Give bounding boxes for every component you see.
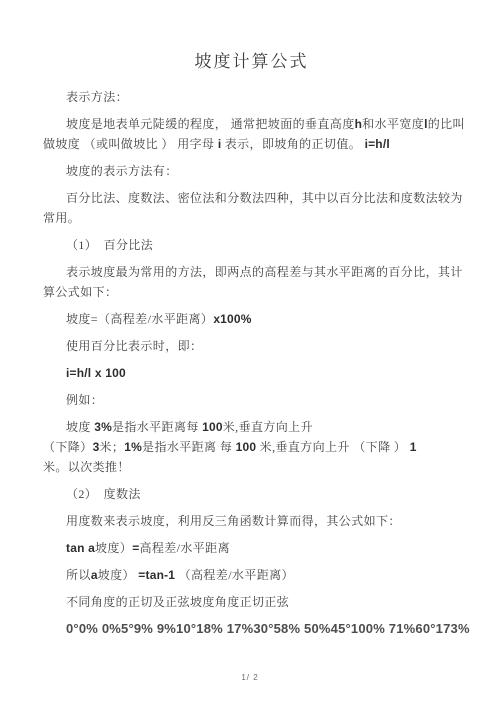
doc-line: 坡度 3%是指水平距离每 100米,垂直方向上升 <box>43 417 460 437</box>
formula-run: i=h/l x 100 <box>66 366 126 380</box>
text-run: 例如： <box>66 393 103 407</box>
document-content: 坡度计算公式 表示方法： 坡度是地表单元陡缓的程度， 通常把坡面的垂直高度h和水… <box>0 0 500 639</box>
text-run: 使用百分比表示时，即： <box>66 339 202 353</box>
doc-line: 例如： <box>43 390 460 410</box>
document-page: 坡度计算公式 表示方法： 坡度是地表单元陡缓的程度， 通常把坡面的垂直高度h和水… <box>0 0 500 708</box>
text-run: 算公式如下： <box>43 285 117 299</box>
doc-line: 坡度的表示方法有： <box>43 161 460 181</box>
text-run: 是指水平距离每 <box>112 420 202 434</box>
formula-run: h <box>355 117 363 131</box>
text-run: 做坡度 （或叫做坡比 ） 用字母 <box>43 137 218 151</box>
doc-line: 做坡度 （或叫做坡比 ） 用字母 i 表示，即坡角的正切值。 i=h/l <box>43 134 460 154</box>
doc-line: 使用百分比表示时，即： <box>43 336 460 356</box>
formula-run: a <box>91 568 98 582</box>
doc-line section-heading: （1） 百分比法 <box>43 235 460 255</box>
doc-line: 坡度是地表单元陡缓的程度， 通常把坡面的垂直高度h和水平宽度l的比叫 <box>43 114 460 134</box>
text-run: （高程差/水平距离） <box>175 568 294 582</box>
text-run: 米； <box>99 440 124 454</box>
text-run: 坡度是地表单元陡缓的程度， 通常把坡面的垂直高度 <box>66 117 355 131</box>
doc-line: （下降）3米；1%是指水平距离 每 100 米,垂直方向上升 （下降 ） 1 <box>43 437 460 457</box>
text-run: 坡度的表示方法有： <box>66 164 178 178</box>
text-run: 坡度） <box>98 568 139 582</box>
text-run: 不同角度的正切及正弦坡度角度正切正弦 <box>66 595 289 609</box>
text-run: 是指水平距离 每 <box>142 440 236 454</box>
doc-line: i=h/l x 100 <box>43 363 460 383</box>
doc-line: 表示方法： <box>43 87 460 107</box>
formula-run: =tan-1 <box>138 568 175 582</box>
doc-line: 常用。 <box>43 208 460 228</box>
doc-line section-heading: （2） 度数法 <box>43 484 460 504</box>
formula-run: 100 <box>236 440 257 454</box>
text-run: 坡度=（高程差/水平距离） <box>66 312 213 326</box>
formula-run: 1 <box>410 440 417 454</box>
doc-line angle-table-line: 0°0% 0%5°9% 9%10°18% 17%30°58% 50%45°100… <box>43 619 460 639</box>
page-title: 坡度计算公式 <box>43 51 460 72</box>
formula-run: tan a <box>66 541 95 555</box>
text-run: 用度数来表示坡度，利用反三角函数计算而得，其公式如下： <box>66 514 401 528</box>
doc-line: 米。以次类推！ <box>43 457 460 477</box>
page-number: 1/ 2 <box>0 673 500 682</box>
formula-run: 3% <box>94 420 112 434</box>
text-run: 和水平宽度 <box>362 117 424 131</box>
text-run: 米,垂直方向上升 （下降 ） <box>256 440 409 454</box>
formula-run: 1% <box>124 440 142 454</box>
doc-line: 算公式如下： <box>43 282 460 302</box>
text-run: 坡度） <box>95 541 132 555</box>
text-run: 表示方法： <box>66 90 128 104</box>
text-run: （1） 百分比法 <box>66 238 153 252</box>
doc-line: 坡度=（高程差/水平距离）x100% <box>43 309 460 329</box>
text-run: 米,垂直方向上升 <box>223 420 313 434</box>
doc-line: 百分比法、度数法、密位法和分数法四种，其中以百分比法和度数法较为 <box>43 188 460 208</box>
text-run: 0°0% 0%5°9% 9%10°18% 17%30°58% 50%45°100… <box>66 621 470 636</box>
text-run: （2） 度数法 <box>66 487 141 501</box>
doc-line: 用度数来表示坡度，利用反三角函数计算而得，其公式如下： <box>43 511 460 531</box>
text-run: 所以 <box>66 568 91 582</box>
text-run: 表示，即坡角的正切值。 <box>221 137 364 151</box>
text-run: 常用。 <box>43 211 80 225</box>
text-run: 高程差/水平距离 <box>139 541 230 555</box>
doc-line: 表示坡度最为常用的方法，即两点的高程差与其水平距离的百分比，其计 <box>43 262 460 282</box>
formula-run: x100% <box>213 312 251 326</box>
text-run: 百分比法、度数法、密位法和分数法四种，其中以百分比法和度数法较为 <box>66 191 463 205</box>
doc-line: tan a坡度）=高程差/水平距离 <box>43 538 460 558</box>
text-run: 米。以次类推！ <box>43 460 130 474</box>
text-run: 的比叫 <box>428 117 465 131</box>
text-run: 坡度 <box>66 420 94 434</box>
doc-line: 不同角度的正切及正弦坡度角度正切正弦 <box>43 592 460 612</box>
text-run: 表示坡度最为常用的方法，即两点的高程差与其水平距离的百分比，其计 <box>66 265 463 279</box>
doc-line: 所以a坡度） =tan-1 （高程差/水平距离） <box>43 565 460 585</box>
formula-run: i=h/l <box>365 137 390 151</box>
text-run: （下降） <box>43 440 93 454</box>
formula-run: 100 <box>202 420 223 434</box>
